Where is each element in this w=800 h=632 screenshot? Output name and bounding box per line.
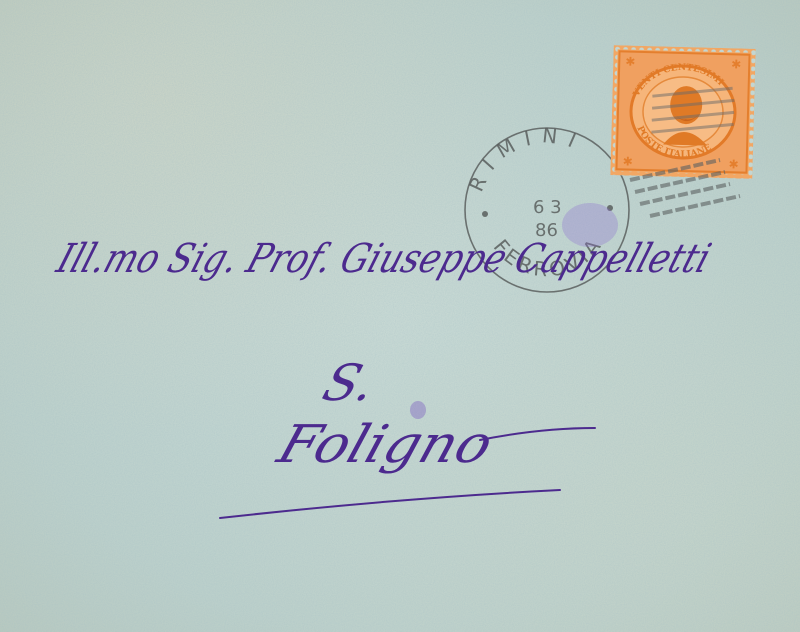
handwritten-address: Ill.mo Sig. Prof. Giuseppe Cappelletti S… [0, 0, 800, 632]
address-line-3: Foligno [270, 413, 501, 474]
address-line-1: Ill.mo Sig. Prof. Giuseppe Cappelletti [51, 235, 717, 282]
envelope: RIMINI FERROVIA 6 3 86 VENTI CENTESIMI P… [0, 0, 800, 632]
address-line-2: S. [316, 354, 383, 412]
